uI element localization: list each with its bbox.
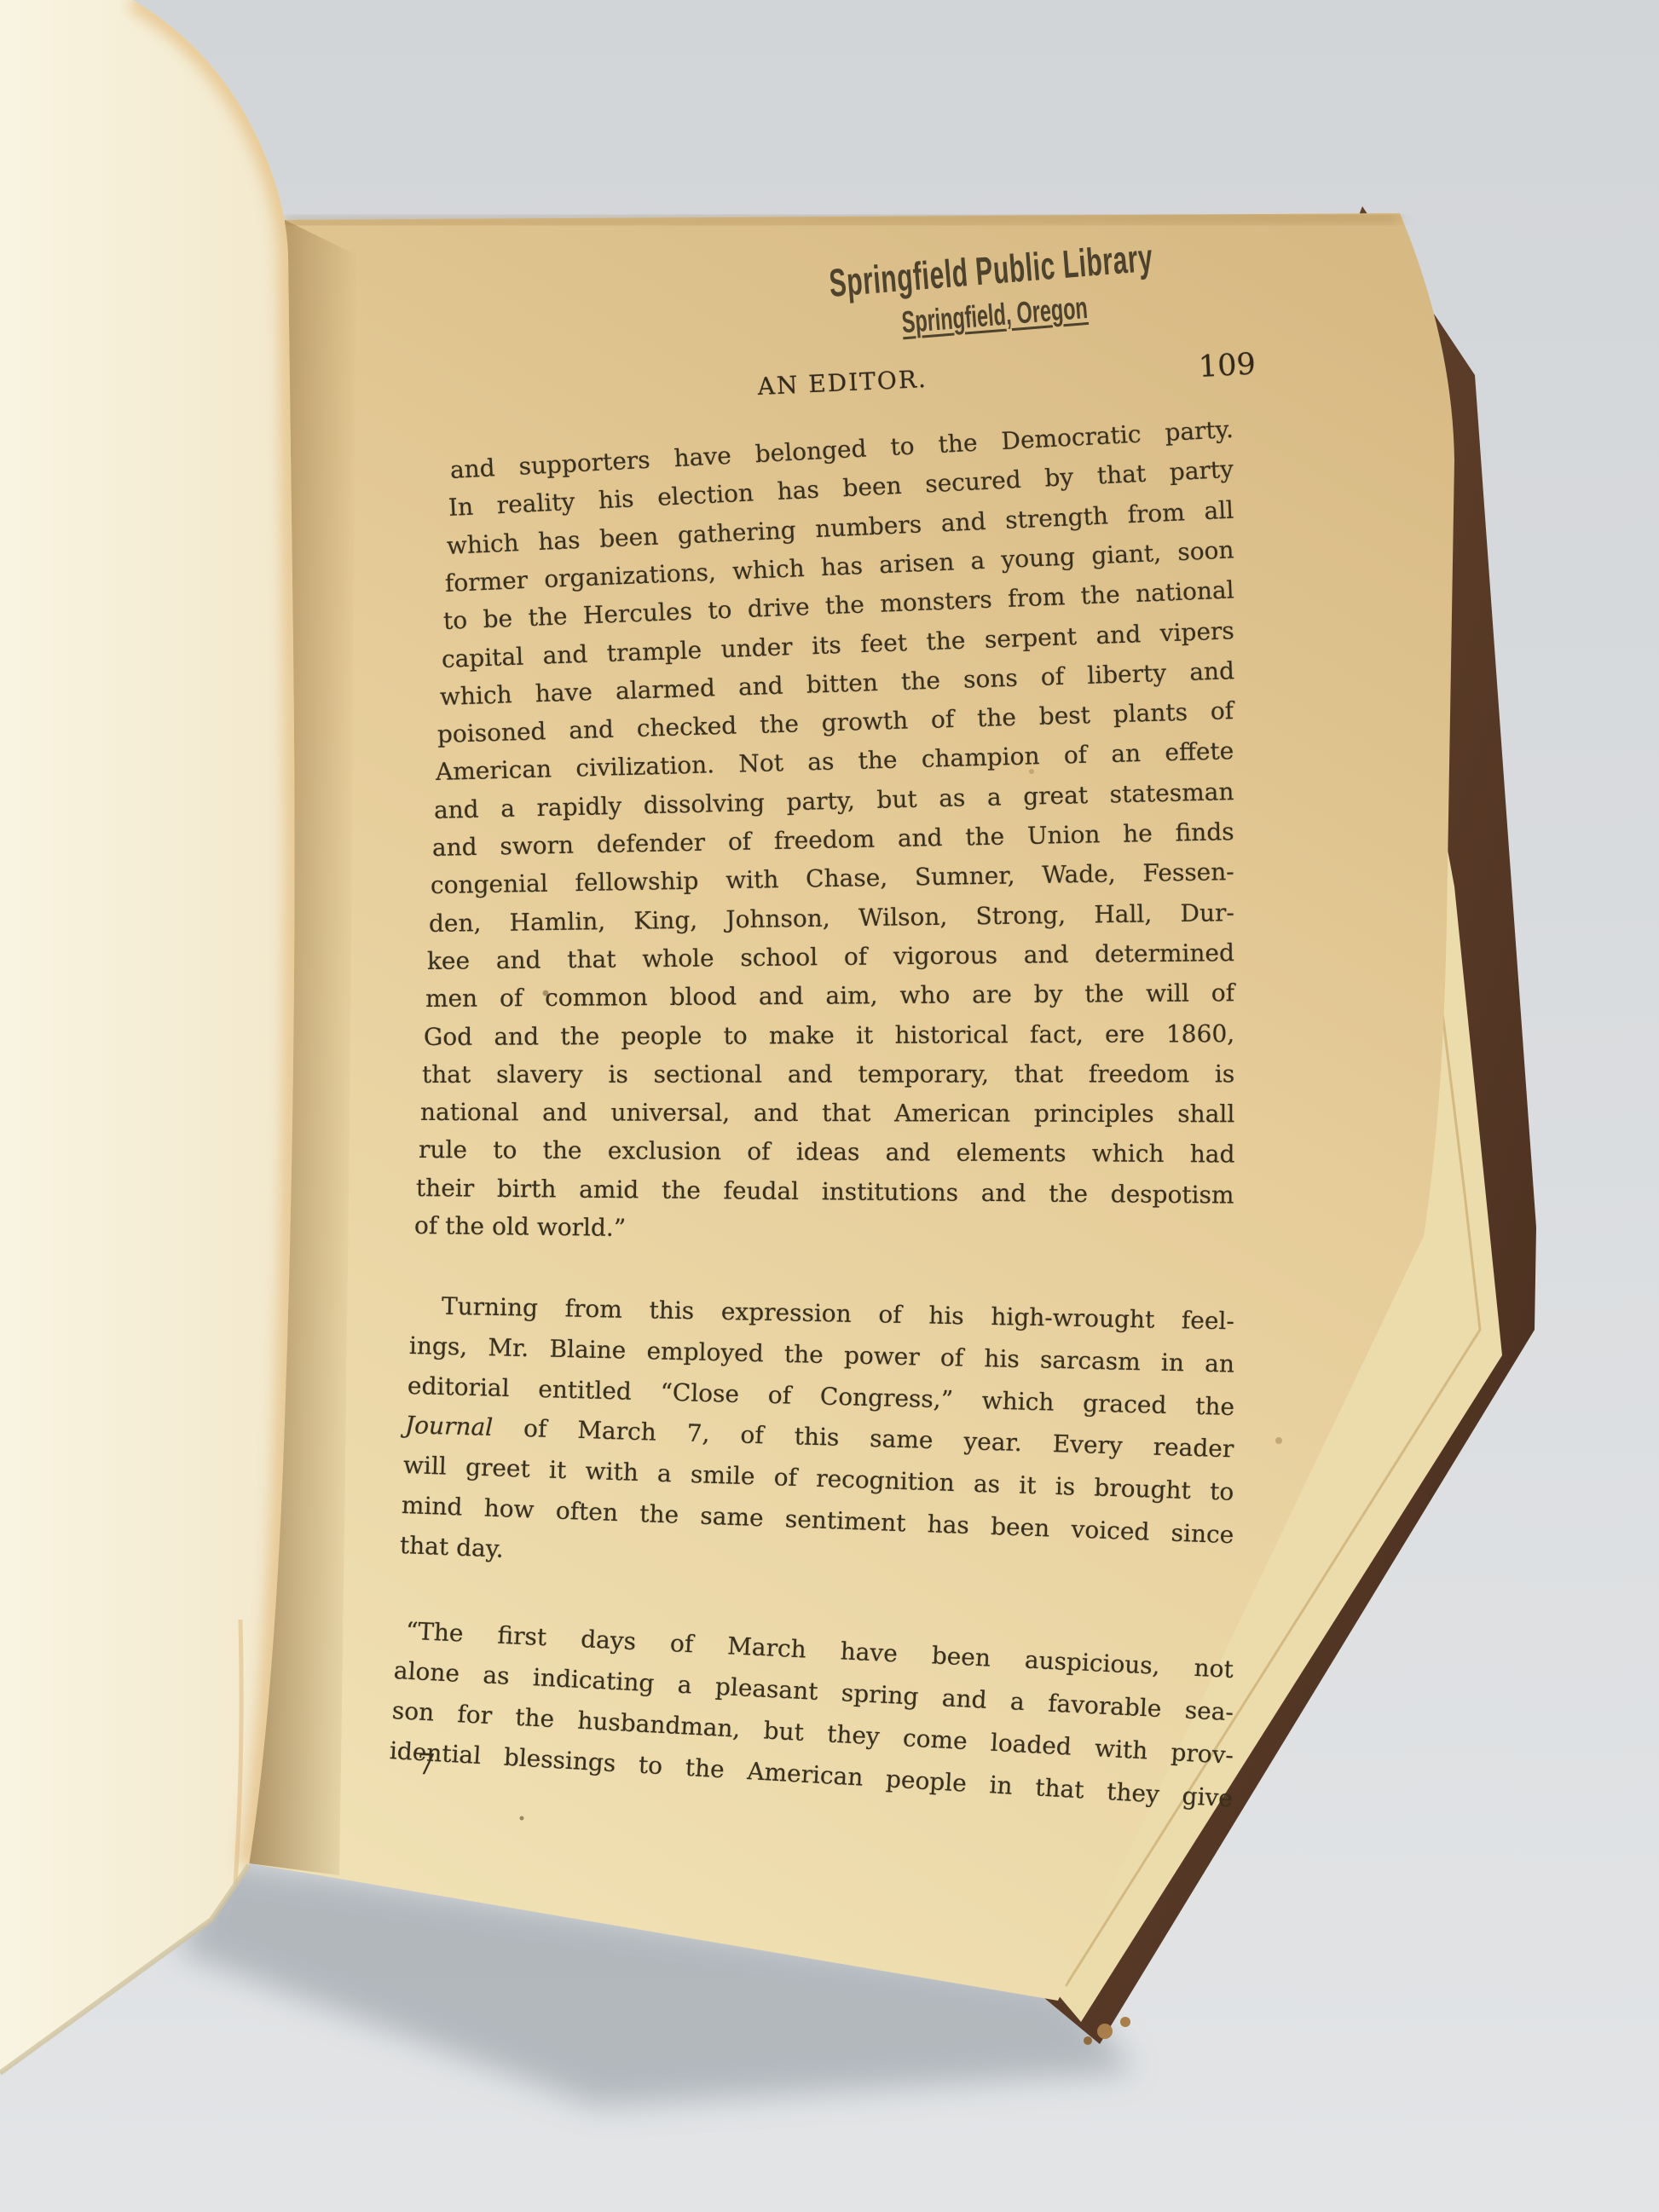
word: reality [496,485,575,523]
word: den, [429,906,482,941]
text-line: den,Hamlin,King,Johnson,Wilson,Strong,Ha… [429,896,1234,941]
word: often [555,1494,618,1531]
word: his [598,482,634,518]
word: but [876,782,917,817]
word: and [569,713,615,748]
word: they [1107,1775,1161,1811]
word: an [1111,736,1142,771]
word: in [989,1768,1014,1803]
word: great [1023,778,1089,814]
word: as [482,1658,510,1694]
word: they [826,1717,881,1753]
word: old [492,1210,529,1245]
word: first [497,1619,547,1655]
word: the [824,588,864,624]
word: that [1096,457,1147,494]
word: and [434,792,480,827]
word: are [972,978,1012,1012]
word: and [449,451,496,488]
word: Union [1027,817,1101,853]
word: has [927,1507,970,1543]
word: historical [894,1018,1008,1053]
word: the [783,1337,824,1372]
page-number: 109 [1198,348,1257,384]
word: Wade, [1042,858,1116,892]
word: institutions [822,1175,959,1210]
word: Turning [442,1290,539,1325]
word: same [700,1499,765,1536]
word: principles [1033,1097,1153,1131]
word: the [1080,578,1120,614]
word: in [1160,1346,1184,1381]
word: which [1091,1137,1164,1171]
word: world.” [537,1210,627,1245]
word: Johnson, [725,901,830,937]
word: poisoned [437,714,547,752]
word: this [649,1293,694,1328]
word: graced [1082,1386,1166,1423]
word: that [1035,1770,1085,1807]
word: a [677,1668,693,1703]
word: “Close [660,1375,740,1411]
word: is [608,1058,627,1092]
word: with [585,1454,639,1490]
word: sea- [1184,1694,1234,1730]
word: March [726,1629,806,1666]
word: of [1064,738,1088,773]
word: that [567,943,616,978]
word: have [673,439,732,476]
word: and [496,943,541,978]
word: entitled [537,1372,632,1409]
word: strength [1004,499,1109,538]
word: election [656,476,754,516]
word: elements [956,1136,1066,1171]
word: the [900,663,940,698]
word: Every [1052,1428,1123,1464]
word: indicating [532,1660,655,1701]
word: day. [455,1530,504,1566]
word: which [439,678,512,714]
word: ideas [795,1135,859,1170]
word: greet [465,1451,531,1487]
word: supporters [518,443,651,484]
word: been [990,1510,1050,1545]
word: ings, [408,1329,467,1365]
word: of [500,981,523,1015]
word: American [436,753,552,790]
running-header: AN EDITOR. [757,365,928,401]
word: to [1210,1475,1234,1510]
word: Democratic [1001,418,1142,459]
word: come [902,1721,968,1759]
word: despotism [1111,1177,1234,1212]
word: is [1215,1057,1234,1091]
word: Fessen- [1142,855,1234,891]
word: Hamlin, [509,904,605,940]
word: Dur- [1180,896,1234,931]
word: checked [637,709,738,746]
word: of [1211,976,1234,1010]
word: bitten [806,666,878,702]
word: of [414,1209,438,1243]
word: his [928,1299,964,1334]
word: have [840,1634,899,1671]
word: that [822,1096,870,1130]
word: fact, [1030,1017,1084,1051]
word: spring [841,1676,919,1713]
word: who [899,979,950,1013]
word: Hercules [582,595,692,633]
word: and [753,1096,798,1130]
word: has [537,523,581,558]
word: people [885,1762,968,1800]
word: and [885,1136,930,1170]
word: a [1009,1684,1026,1719]
text-line: menofcommonbloodandaim,whoarebythewillof [425,976,1234,1016]
word: reader [1153,1430,1234,1467]
word: Congress,” [819,1379,953,1417]
word: of [740,1418,764,1453]
word: will [402,1448,447,1484]
word: and [1024,938,1069,973]
word: alone [393,1654,460,1691]
word: it [1019,1469,1038,1504]
word: the [560,1019,599,1054]
word: and [1188,654,1234,690]
word: and [1095,617,1141,653]
word: freedom [1089,1057,1189,1091]
word: effete [1165,735,1234,771]
text-line: keeandthatwholeschoolofvigorousanddeterm… [427,936,1234,979]
word: not [1194,1651,1234,1687]
word: the [662,1173,701,1207]
word: the [514,1701,555,1736]
word: blood [669,980,737,1015]
word: the [858,743,898,778]
word: with [725,863,779,898]
word: drive [747,590,810,627]
word: the [925,623,965,659]
word: rule [418,1133,466,1167]
word: slavery [496,1058,583,1092]
text-line: nationalanduniversal,andthatAmericanprin… [420,1095,1234,1131]
word: congenial [431,867,548,903]
word: gathering [677,513,796,552]
word: sons [962,661,1018,696]
word: editorial [407,1369,510,1406]
word: his [984,1342,1020,1377]
word: universal, [610,1096,730,1130]
word: young [1000,540,1075,577]
word: Mr. [488,1331,529,1366]
word: as [973,1467,1000,1502]
word: year. [963,1425,1022,1461]
word: party, [786,783,855,819]
word: for [456,1697,493,1733]
word: of [939,1341,963,1376]
word: soon [1176,533,1234,569]
text-line: thatslaveryissectionalandtemporary,thatf… [422,1057,1234,1092]
word: serpent [984,619,1077,656]
word: birth [497,1172,557,1207]
word: make [769,1019,835,1053]
word: feet [859,626,907,661]
word: and [981,1176,1026,1210]
word: as [939,781,966,816]
word: which [981,1383,1055,1419]
word: of [878,1297,902,1332]
word: its [811,627,841,662]
word: give [1182,1779,1234,1816]
word: best [1039,698,1091,734]
word: days [580,1622,637,1659]
word: God [424,1019,472,1054]
word: and [940,505,986,540]
word: shall [1177,1097,1234,1131]
word: from [564,1291,622,1326]
word: that [1014,1057,1062,1091]
word: the [1049,1176,1088,1210]
word: trample [606,632,702,670]
word: how [483,1492,535,1528]
word: of [931,702,955,737]
word: and [542,637,588,673]
word: whole [642,941,714,976]
word: 7, [687,1417,711,1452]
word: feudal [724,1174,800,1209]
word: of [747,1135,770,1170]
word: the [445,1209,484,1244]
word: plants [1113,696,1188,732]
word: been [931,1638,991,1675]
word: to [493,1134,517,1168]
word: civilization. [575,748,715,786]
word: their [416,1171,475,1206]
word: vipers [1159,614,1234,650]
word: of [1040,660,1065,695]
word: by [1043,460,1074,496]
word: to [707,593,732,628]
word: aim, [825,979,877,1013]
word: Chase, [806,861,888,897]
word: liberty [1086,656,1166,693]
word: the [1084,977,1124,1011]
word: voiced [1071,1512,1150,1549]
word: which [446,526,519,563]
word: monsters [879,583,992,621]
word: the [685,1751,725,1788]
word: “The [405,1614,464,1651]
word: the [639,1497,679,1533]
word: have [535,675,592,711]
word: under [720,630,793,667]
word: finds [1175,815,1234,850]
word: to [442,604,468,638]
word: giant, [1090,536,1161,573]
word: that [399,1528,449,1564]
word: Sumner, [915,859,1015,895]
word: party [1169,453,1234,490]
word: former [444,563,529,601]
word: brought [1094,1471,1192,1509]
word: but [762,1713,804,1749]
word: it [549,1453,568,1488]
word: Blaine [549,1331,627,1367]
word: In [448,490,474,525]
word: of [1211,694,1234,729]
word: temporary, [858,1057,989,1091]
word: Not [738,747,784,782]
text-line: oftheoldworld.” [414,1209,1234,1253]
word: party. [1164,413,1234,450]
word: since [1171,1516,1234,1553]
word: feel- [1182,1303,1235,1338]
word: the [760,707,800,742]
word: all [1203,493,1234,528]
word: of [767,1378,791,1413]
word: has [777,473,820,509]
word: the [977,701,1017,736]
word: husbandman, [576,1704,741,1747]
word: fellowship [575,864,699,900]
word: the [938,426,979,462]
word: and [494,1019,539,1054]
word: been [598,519,659,556]
word: King, [633,903,697,938]
word: the [542,1134,581,1168]
word: of [844,939,868,973]
word: been [841,469,902,505]
word: and [432,830,477,865]
word: of [728,824,752,859]
word: and [737,669,783,705]
word: a [969,544,985,579]
word: will [1146,977,1189,1011]
word: from [1127,495,1186,532]
word: this [794,1420,840,1456]
word: organizations, [543,555,716,597]
word: smile [691,1458,756,1493]
word: of [523,1412,547,1447]
word: sworn [500,829,574,864]
word: statesman [1109,775,1234,811]
word: of [669,1626,694,1661]
word: pleasant [714,1670,818,1709]
word: the [965,820,1005,855]
signature-mark: 7 [416,1747,436,1782]
word: prov- [1170,1736,1234,1773]
word: which [731,552,805,589]
word: power [843,1338,920,1374]
word: same [870,1422,934,1458]
word: and [759,979,804,1014]
word: that [422,1058,471,1092]
word: by [1033,978,1062,1012]
word: it [856,1018,873,1052]
word: favorable [1047,1686,1162,1726]
word: has [820,549,864,585]
word: defender [597,826,706,863]
word: an [1205,1347,1235,1382]
word: determined [1095,936,1234,972]
word: national [420,1095,519,1129]
word: Hall, [1094,897,1152,932]
word: son [391,1694,435,1730]
word: to [638,1748,663,1784]
word: the [527,599,567,635]
word: recognition [816,1462,956,1500]
word: loaded [990,1726,1072,1764]
text-line: theirbirthamidthefeudalinstitutionsandth… [416,1171,1234,1213]
word: men [425,982,477,1016]
word: mind [401,1488,463,1525]
word: to [723,1019,747,1053]
word: a [500,791,516,825]
word: American [747,1754,864,1795]
word: exclusion [607,1135,720,1170]
word: blessings [503,1741,617,1781]
word: school [740,940,818,975]
word: and [941,1681,988,1718]
word: amid [579,1172,639,1207]
book-photo: Springfield Public Library Springfield, … [0,0,1659,2212]
word: expression [720,1295,852,1331]
word: capital [441,639,524,676]
word: and [788,1057,833,1091]
word: from [1007,580,1066,616]
printed-text-layer: Springfield Public Library Springfield, … [0,0,1659,2212]
word: freedom [774,823,876,858]
word: sentiment [784,1502,906,1540]
word: national [1135,574,1234,612]
word: American [894,1096,1010,1130]
word: arisen [878,545,955,582]
word: March [577,1413,657,1450]
word: belonged [754,431,868,471]
word: numbers [814,507,922,546]
word: champion [922,740,1041,777]
word: employed [646,1334,764,1371]
word: kee [427,944,471,979]
word: Strong, [975,898,1066,933]
word: alarmed [615,671,715,708]
word: rapidly [536,789,622,825]
word: auspicious, [1024,1643,1160,1684]
word: a [657,1457,673,1492]
word: had [1189,1138,1234,1172]
word: sarcasm [1039,1343,1141,1379]
word: common [545,980,648,1015]
word: high-wrought [991,1300,1155,1337]
word: secured [924,463,1021,501]
word: and [898,821,943,856]
word: dissolving [644,786,766,823]
word: of [773,1460,798,1495]
word: a [987,780,1003,814]
word: Wilson, [858,899,948,934]
word-italic: Journal [405,1408,494,1445]
word: he [1123,817,1153,852]
word: ere [1105,1017,1145,1051]
word: growth [822,704,910,741]
word: 1860, [1166,1017,1234,1051]
word: with [1094,1731,1148,1768]
word: be [482,602,512,637]
library-stamp: Springfield Public Library Springfield, … [713,222,1272,356]
text-line: ruletotheexclusionofideasandelementswhic… [418,1133,1234,1172]
word: is [1055,1470,1076,1505]
